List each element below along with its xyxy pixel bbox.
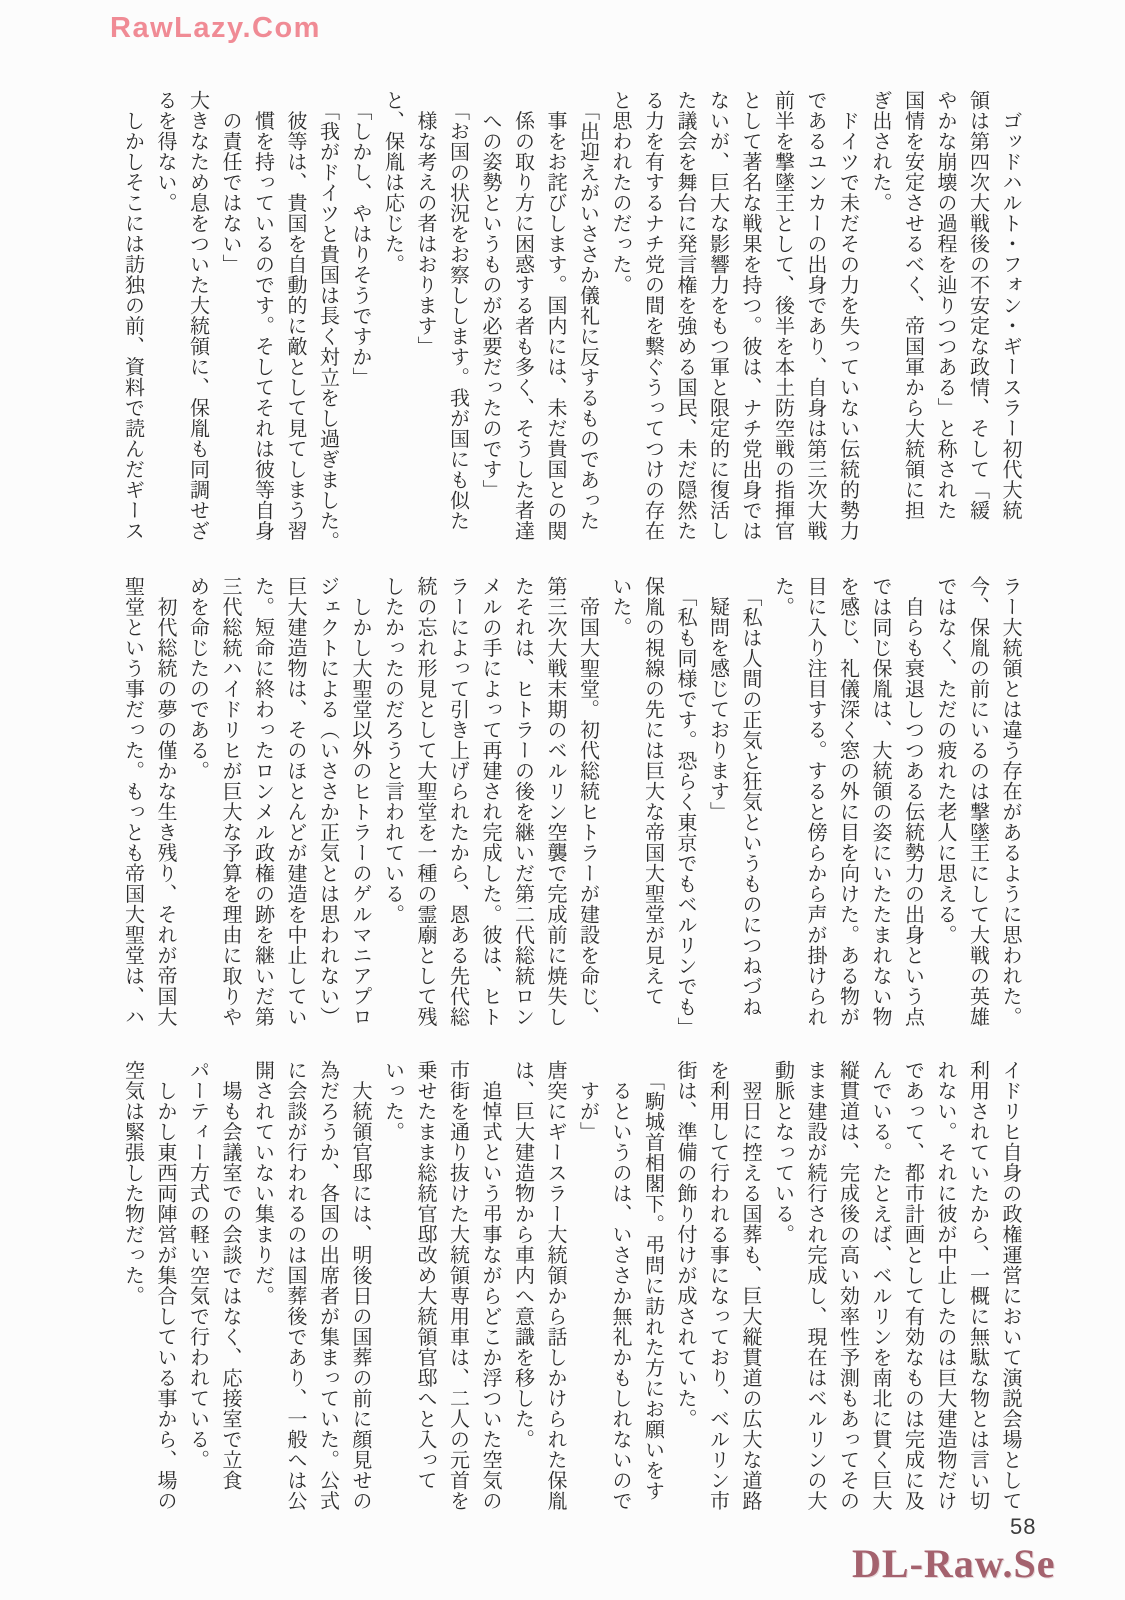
text-column: るというのは、いささか無礼かもしれないので xyxy=(604,1060,637,1536)
text-column: る力を有するナチ党の間を繋ぐうってつけの存在 xyxy=(636,90,669,566)
text-column: 巨大建造物は、そのほとんどが建造を中止してい xyxy=(279,576,312,1052)
text-column: 国情を安定させるべく、帝国軍から大統領に担 xyxy=(896,90,929,566)
text-column: 保胤の視線の先には巨大な帝国大聖堂が見えて xyxy=(636,576,669,1052)
text-column: 追悼式という弔事ながらどこか浮ついた空気の xyxy=(474,1060,507,1536)
text-column: しかし大聖堂以外のヒトラーのゲルマニアプロ xyxy=(344,576,377,1052)
text-column: 事をお詫びします。国内には、未だ貴国との関 xyxy=(539,90,572,566)
text-column: への姿勢というものが必要だったのです」 xyxy=(474,90,507,566)
text-column: るを得ない。 xyxy=(149,90,182,566)
text-column: ゴッドハルト・フォン・ギースラー初代大統 xyxy=(994,90,1027,566)
text-column: 場も会議室での会談ではなく、応接室で立食 xyxy=(214,1060,247,1536)
text-column: いた。 xyxy=(604,576,637,1052)
text-column: ラーによって引き上げられたから、恩ある先代総 xyxy=(441,576,474,1052)
text-column: 大統領官邸には、明後日の国葬の前に顔見せの xyxy=(344,1060,377,1536)
text-column: まま建設が続行され完成し、現在はベルリンの大 xyxy=(799,1060,832,1536)
text-column: であって、都市計画として有効なものは完成に及 xyxy=(896,1060,929,1536)
text-column: 様な考えの者はおります」 xyxy=(409,90,442,566)
text-column: 翌日に控える国葬も、巨大縦貫道の広大な道路 xyxy=(734,1060,767,1536)
text-column: 開されていない集まりだ。 xyxy=(246,1060,279,1536)
watermark-rawlazy: RawLazy.Com xyxy=(110,12,321,45)
text-column: 唐突にギースラー大統領から話しかけられた保胤 xyxy=(539,1060,572,1536)
text-column: と思われたのだった。 xyxy=(604,90,637,566)
text-column: ないが、巨大な影響力をもつ軍と限定的に復活し xyxy=(701,90,734,566)
text-column: 乗せたまま総統官邸改め大統領官邸へと入って xyxy=(409,1060,442,1536)
text-column: 「お国の状況をお察しします。我が国にも似た xyxy=(441,90,474,566)
text-band-middle: ラー大統領とは違う存在があるように思われた。今、保胤の前にいるのは撃墜王にして大… xyxy=(116,576,1026,1052)
text-column: ではなく、ただの疲れた老人に思える。 xyxy=(929,576,962,1052)
text-column: んでいる。たとえば、ベルリンを南北に貫く巨大 xyxy=(864,1060,897,1536)
text-column: であるユンカーの出身であり、自身は第三次大戦 xyxy=(799,90,832,566)
text-column: 空気は緊張した物だった。 xyxy=(116,1060,149,1536)
text-column: パーティー方式の軽い空気で行われている。 xyxy=(181,1060,214,1536)
text-column: 領は第四次大戦後の不安定な政情、そして「緩 xyxy=(961,90,994,566)
text-column: 彼等は、貴国を自動的に敵として見てしまう習 xyxy=(279,90,312,566)
text-column: 疑問を感じております」 xyxy=(701,576,734,1052)
text-column: た。短命に終わったロンメル政権の跡を継いだ第 xyxy=(246,576,279,1052)
text-column: 為だろうか、各国の出席者が集まっていた。公式 xyxy=(311,1060,344,1536)
text-column: は、巨大建造物から車内へ意識を移した。 xyxy=(506,1060,539,1536)
text-column: すが」 xyxy=(571,1060,604,1536)
text-column: では同じ保胤は、大統領の姿にいたたまれない物 xyxy=(864,576,897,1052)
text-column: た。 xyxy=(766,576,799,1052)
text-column: 縦貫道は、完成後の高い効率性予測もあってその xyxy=(831,1060,864,1536)
text-column: ぎ出された。 xyxy=(864,90,897,566)
text-column: 初代総統の夢の僅かな生き残り、それが帝国大 xyxy=(149,576,182,1052)
text-band-top: ゴッドハルト・フォン・ギースラー初代大統領は第四次大戦後の不安定な政情、そして「… xyxy=(116,90,1026,566)
text-column: として著名な戦果を持つ。彼は、ナチ党出身では xyxy=(734,90,767,566)
text-column: 第三次大戦末期のベルリン空襲で完成前に焼失し xyxy=(539,576,572,1052)
text-column: に会談が行われるのは国葬後であり、一般へは公 xyxy=(279,1060,312,1536)
text-column: 目に入り注目する。すると傍らから声が掛けられ xyxy=(799,576,832,1052)
text-column: 利用されていたから、一概に無駄な物とは言い切 xyxy=(961,1060,994,1536)
text-column: の責任ではない」 xyxy=(214,90,247,566)
text-column: ラー大統領とは違う存在があるように思われた。 xyxy=(994,576,1027,1052)
text-column: メルの手によって再建され完成した。彼は、ヒト xyxy=(474,576,507,1052)
text-column: 帝国大聖堂。初代総統ヒトラーが建設を命じ、 xyxy=(571,576,604,1052)
text-column: やかな崩壊の過程を辿りつつある」と称された xyxy=(929,90,962,566)
text-column: ジェクトによる（いささか正気とは思われない） xyxy=(311,576,344,1052)
text-column: と、保胤は応じた。 xyxy=(376,90,409,566)
text-column: を利用して行われる事になっており、ベルリン市 xyxy=(701,1060,734,1536)
text-column: たそれは、ヒトラーの後を継いだ第二代総統ロン xyxy=(506,576,539,1052)
text-column: 街は、準備の飾り付けが成されていた。 xyxy=(669,1060,702,1536)
text-column: 三代総統ハイドリヒが巨大な予算を理由に取りや xyxy=(214,576,247,1052)
text-column: 市街を通り抜けた大統領専用車は、二人の元首を xyxy=(441,1060,474,1536)
text-band-bottom: イドリヒ自身の政権運営において演説会場として利用されていたから、一概に無駄な物と… xyxy=(116,1060,1026,1536)
text-column: 自らも衰退しつつある伝統勢力の出身という点 xyxy=(896,576,929,1052)
text-column: 統の忘れ形見として大聖堂を一種の霊廟として残 xyxy=(409,576,442,1052)
text-column: 動脈となっている。 xyxy=(766,1060,799,1536)
text-column: 「私は人間の正気と狂気というものにつねづね xyxy=(734,576,767,1052)
text-column: 大きなため息をついた大統領に、保胤も同調せざ xyxy=(181,90,214,566)
text-column: イドリヒ自身の政権運営において演説会場として xyxy=(994,1060,1027,1536)
text-column: 前半を撃墜王として、後半を本土防空戦の指揮官 xyxy=(766,90,799,566)
text-column: ドイツで未だその力を失っていない伝統的勢力 xyxy=(831,90,864,566)
text-column: た議会を舞台に発言権を強める国民、未だ隠然た xyxy=(669,90,702,566)
text-column: したかったのだろうと言われている。 xyxy=(376,576,409,1052)
watermark-dlraw: DL-Raw.Se xyxy=(852,1540,1055,1587)
text-column: 聖堂という事だった。もっとも帝国大聖堂は、ハ xyxy=(116,576,149,1052)
text-column: めを命じたのである。 xyxy=(181,576,214,1052)
text-column: れない。それに彼が中止したのは巨大建造物だけ xyxy=(929,1060,962,1536)
text-column: しかし東西両陣営が集合している事から、場の xyxy=(149,1060,182,1536)
page-number: 58 xyxy=(1010,1514,1036,1540)
text-column: 慣を持っているのです。そしてそれは彼等自身 xyxy=(246,90,279,566)
scanned-novel-page: RawLazy.Com ゴッドハルト・フォン・ギースラー初代大統領は第四次大戦後… xyxy=(0,0,1125,1600)
text-column: いった。 xyxy=(376,1060,409,1536)
text-column: 「我がドイツと貴国は長く対立をし過ぎました。 xyxy=(311,90,344,566)
text-column: 「私も同様です。恐らく東京でもベルリンでも」 xyxy=(669,576,702,1052)
text-column: 「駒城首相閣下。弔問に訪れた方にお願いをす xyxy=(636,1060,669,1536)
text-column: 係の取り方に困惑する者も多く、そうした者達 xyxy=(506,90,539,566)
text-column: しかしそこには訪独の前、資料で読んだギース xyxy=(116,90,149,566)
text-column: 「しかし、やはりそうですか」 xyxy=(344,90,377,566)
text-column: 今、保胤の前にいるのは撃墜王にして大戦の英雄 xyxy=(961,576,994,1052)
text-column: を感じ、礼儀深く窓の外に目を向けた。ある物が xyxy=(831,576,864,1052)
text-column: 「出迎えがいささか儀礼に反するものであった xyxy=(571,90,604,566)
